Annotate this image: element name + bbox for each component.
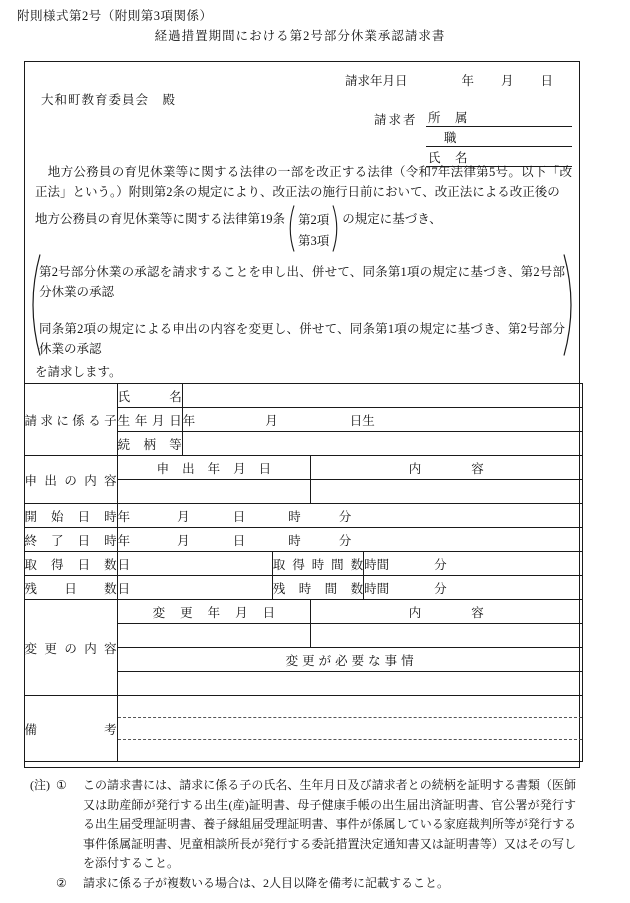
- start-minute-unit: 分: [339, 507, 352, 525]
- remarks-line-2[interactable]: [118, 717, 582, 739]
- start-datetime-input-cell[interactable]: 年月日時分: [117, 504, 582, 528]
- table-row: 申出の内容 申出年月日 内 容: [24, 456, 582, 480]
- remarks-line-1[interactable]: [118, 696, 582, 717]
- hours-remaining-input-cell[interactable]: 時間分: [364, 576, 582, 600]
- form-outer-box: 請求年月日年月日 大和町教育委員会 殿 請求者 所 属 職 氏 名 地方公務員の…: [24, 61, 580, 768]
- post-field[interactable]: 職: [426, 128, 572, 147]
- table-row: 取得日数 日 取得時間数 時間分: [24, 552, 582, 576]
- days-remaining-input-cell[interactable]: 日: [117, 576, 272, 600]
- footnote-1: (注) ① この請求書には、請求に係る子の氏名、生年月日及び請求者との続柄を証明…: [30, 776, 576, 874]
- hours-unit: 時間: [364, 555, 389, 573]
- table-row: 請求に係る子 氏名: [24, 384, 582, 408]
- remarks-label: 備考: [24, 696, 117, 762]
- application-date-input-cell[interactable]: [117, 480, 310, 504]
- birth-month-unit: 月: [265, 411, 278, 429]
- application-content-input-cell[interactable]: [310, 480, 582, 504]
- application-date-header: 申出年月日: [117, 456, 310, 480]
- article-prefix: 地方公務員の育児休業等に関する法律第19条: [35, 209, 285, 229]
- note-number-1: ①: [56, 776, 83, 796]
- change-section-label: 変更の内容: [24, 600, 117, 696]
- request-date-label: 請求年月日: [345, 74, 408, 88]
- form-page: 附則様式第2号（附則第3項関係） 経過措置期間における第2号部分休業承認請求書 …: [0, 0, 630, 903]
- start-month-unit: 月: [177, 507, 190, 525]
- birth-day-unit: 日生: [350, 411, 375, 429]
- start-day-unit: 日: [233, 507, 246, 525]
- end-hour-unit: 時: [288, 531, 301, 549]
- note-text-2: 請求に係る子が複数いる場合は、2人目以降を備考に記載すること。: [83, 874, 576, 894]
- end-datetime-label: 終了日時: [24, 528, 117, 552]
- hours-remaining-label: 残時間数: [272, 576, 363, 600]
- preamble-paragraph: 地方公務員の育児休業等に関する法律の一部を改正する法律（令和7年法律第5号。以下…: [35, 162, 572, 202]
- bracket-right-icon: [332, 204, 342, 253]
- month-unit: 月: [501, 74, 514, 88]
- hours-taken-input-cell[interactable]: 時間分: [364, 552, 582, 576]
- end-month-unit: 月: [177, 531, 190, 549]
- option-request-text: 第2号部分休業の承認を請求することを申し出、併せて、同条第1項の規定に基づき、第…: [39, 262, 565, 302]
- addressee: 大和町教育委員会 殿: [41, 90, 176, 108]
- year-unit: 年: [462, 74, 475, 88]
- requester-label: 請求者: [374, 110, 418, 128]
- table-row: 開始日時 年月日時分: [24, 504, 582, 528]
- request-date-line: 請求年月日年月日: [345, 71, 553, 89]
- birth-date-input-cell[interactable]: 年月日生: [182, 408, 582, 432]
- table-row: 備考: [24, 696, 582, 762]
- article-line: 地方公務員の育児休業等に関する法律第19条 第2項 第3項 の規定に基づき、: [35, 209, 442, 253]
- note-text-1: この請求書には、請求に係る子の氏名、生年月日及び請求者との続柄を証明する書類（医…: [83, 776, 576, 874]
- child-section-label: 請求に係る子: [24, 384, 117, 456]
- change-reason-header: 変更が必要な事情: [117, 648, 582, 672]
- clause-option-2: 第2項: [298, 210, 329, 231]
- days-taken-input-cell[interactable]: 日: [117, 552, 272, 576]
- end-day-unit: 日: [233, 531, 246, 549]
- page-title: 経過措置期間における第2号部分休業承認請求書: [0, 26, 600, 44]
- big-bracket-right-icon: [563, 253, 577, 357]
- hours-taken-label: 取得時間数: [272, 552, 363, 576]
- change-content-input-cell[interactable]: [310, 624, 582, 648]
- bracket-left-icon: [285, 204, 295, 253]
- affiliation-field[interactable]: 所 属: [426, 108, 572, 127]
- remarks-line-3[interactable]: [118, 739, 582, 761]
- option-change-text: 同条第2項の規定による申出の内容を変更し、併せて、同条第1項の規定に基づき、第2…: [39, 319, 565, 359]
- affiliation-label: 所 属: [426, 108, 469, 126]
- start-hour-unit: 時: [288, 507, 301, 525]
- closing-statement: を請求します。: [35, 362, 122, 380]
- child-name-input-cell[interactable]: [182, 384, 582, 408]
- note-prefix: (注): [30, 776, 56, 796]
- clause-options: 第2項 第3項: [295, 209, 332, 253]
- request-table: 請求に係る子 氏名 生年月日 年月日生 続柄等 申出の内容 申出年月日 内 容: [24, 383, 583, 762]
- end-datetime-input-cell[interactable]: 年月日時分: [117, 528, 582, 552]
- table-row: 残日数 日 残時間数 時間分: [24, 576, 582, 600]
- day-unit: 日: [541, 74, 554, 88]
- change-content-header: 内 容: [310, 600, 582, 624]
- minutes-unit: 分: [434, 579, 447, 597]
- footnotes: (注) ① この請求書には、請求に係る子の氏名、生年月日及び請求者との続柄を証明…: [30, 776, 576, 893]
- days-taken-label: 取得日数: [24, 552, 117, 576]
- days-remaining-label: 残日数: [24, 576, 117, 600]
- hours-unit: 時間: [364, 579, 389, 597]
- form-number-label: 附則様式第2号（附則第3項関係）: [17, 6, 213, 24]
- end-minute-unit: 分: [339, 531, 352, 549]
- change-date-header: 変更年月日: [117, 600, 310, 624]
- birth-date-label: 生年月日: [117, 408, 182, 432]
- footnote-2: ② 請求に係る子が複数いる場合は、2人目以降を備考に記載すること。: [30, 874, 576, 894]
- options-block: 第2号部分休業の承認を請求することを申し出、併せて、同条第1項の規定に基づき、第…: [27, 253, 577, 357]
- post-label: 職: [426, 128, 458, 146]
- days-remaining-unit: 日: [118, 579, 131, 597]
- child-name-label: 氏名: [117, 384, 182, 408]
- article-suffix: の規定に基づき、: [342, 209, 442, 229]
- days-taken-unit: 日: [118, 555, 131, 573]
- table-row: 終了日時 年月日時分: [24, 528, 582, 552]
- change-reason-input-cell[interactable]: [117, 672, 582, 696]
- application-content-header: 内 容: [310, 456, 582, 480]
- requester-block: 請求者 所 属 職 氏 名: [374, 108, 572, 168]
- relation-input-cell[interactable]: [182, 432, 582, 456]
- birth-year-unit: 年: [183, 411, 196, 429]
- table-row: 変更の内容 変更年月日 内 容: [24, 600, 582, 624]
- clause-option-3: 第3項: [298, 231, 329, 252]
- end-year-unit: 年: [118, 531, 131, 549]
- note-number-2: ②: [56, 874, 83, 894]
- start-datetime-label: 開始日時: [24, 504, 117, 528]
- minutes-unit: 分: [434, 555, 447, 573]
- remarks-input-cell[interactable]: [117, 696, 582, 762]
- application-section-label: 申出の内容: [24, 456, 117, 504]
- change-date-input-cell[interactable]: [117, 624, 310, 648]
- start-year-unit: 年: [118, 507, 131, 525]
- relation-label: 続柄等: [117, 432, 182, 456]
